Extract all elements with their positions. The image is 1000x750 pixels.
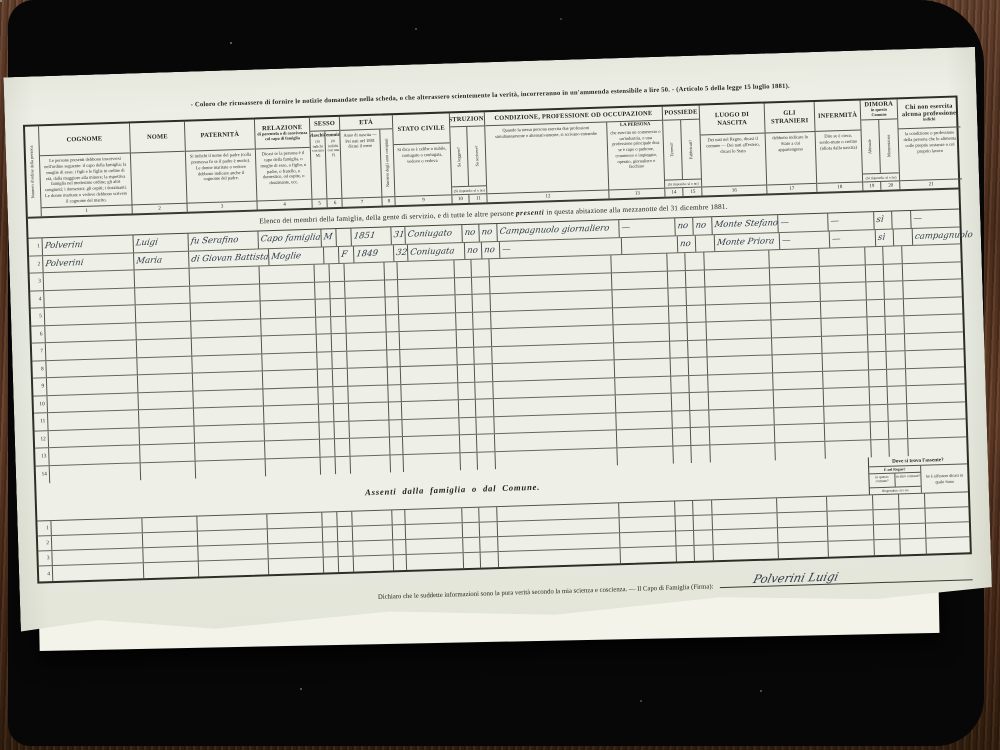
column-title-text: ISTRUZIONE — [450, 115, 488, 123]
grid-cell — [331, 316, 347, 333]
grid-cell — [474, 347, 493, 364]
grid-cell — [704, 250, 769, 269]
column-number: 19 — [863, 182, 881, 191]
grid-cell — [480, 522, 498, 537]
grid-cell — [456, 312, 474, 329]
header-col-stato-civile: STATO CIVILESi dica se è celibe o nubile… — [393, 113, 453, 205]
grid-cell — [318, 387, 334, 404]
subcolumn: LA PERSONAche esercita un commercio o un… — [607, 121, 665, 190]
grid-cell — [689, 357, 709, 374]
grid-cell — [136, 304, 191, 322]
grid-cell — [332, 351, 348, 368]
grid-cell — [386, 297, 400, 314]
grid-cell — [713, 543, 778, 560]
handwritten-entry: — — [913, 215, 923, 224]
grid-cell — [268, 528, 323, 544]
column-title-text: CONDIZIONE, PROFESSIONE OD OCCUPAZIONE — [494, 110, 652, 122]
grid-cell — [828, 540, 874, 556]
grid-cell — [778, 542, 828, 559]
subcolumn-vertical-label: Abituale — [868, 139, 873, 154]
census-sheet-1881: - Coloro che ricusassero di fornire le n… — [3, 47, 992, 637]
handwritten-entry: F — [341, 250, 348, 259]
grid-cell — [263, 387, 318, 405]
grid-cell — [907, 384, 969, 402]
grid-cell: sì — [876, 229, 895, 246]
grid-cell — [387, 332, 401, 349]
grid-cell — [261, 317, 316, 335]
column-title-chi-non-esercita: Chi non esercita alcuna professioneindic… — [898, 97, 961, 129]
grid-cell: no — [678, 235, 697, 252]
grid-cell — [407, 553, 464, 570]
handwritten-entry: 1851 — [353, 232, 376, 241]
handwritten-entry: Polverini — [44, 241, 83, 251]
grid-cell: no — [693, 217, 713, 234]
handwritten-entry: no — [464, 229, 476, 238]
grid-cell — [191, 319, 261, 338]
grid-cell — [261, 300, 316, 318]
subcolumn-desc: Anno di nascita — Pei nati nel 1881 dica… — [340, 130, 380, 152]
grid-cell — [670, 341, 689, 358]
grid-cell — [389, 420, 403, 437]
grid-cell — [707, 338, 772, 357]
column-desc: la condizione o professione della person… — [899, 127, 963, 180]
subcolumn-vertical-label: Numero degli anni compiuti — [385, 139, 391, 188]
grid-cell — [888, 404, 908, 421]
grid-cell — [317, 352, 333, 369]
grid-cell — [671, 376, 690, 393]
header-col-possiede: POSSIEDETerreni?Fabbricati?(Si risponda:… — [663, 106, 703, 197]
grid-cell — [400, 330, 457, 348]
subcolumn-numbers: 1920 — [863, 180, 899, 190]
handwritten-entry: Monte Priora — [716, 237, 774, 247]
subcolumn-vertical-label: Momentanea — [887, 135, 892, 158]
grid-cell: — — [619, 218, 675, 236]
grid-cell: — — [780, 231, 830, 249]
grid-cell — [473, 294, 492, 311]
column-number: 8 — [382, 197, 395, 205]
grid-cell — [689, 375, 709, 392]
grid-cell — [775, 424, 825, 442]
grid-cell — [390, 437, 404, 454]
subcolumn-numbers: 78 — [342, 196, 394, 207]
grid-cell — [348, 385, 388, 403]
grid-cell — [330, 281, 346, 298]
grid-cell — [52, 548, 143, 565]
column-title-text: PATERNITÀ — [201, 131, 240, 139]
subcolumn-numbers: 1011 — [452, 193, 486, 203]
header-col-luogo-nascita: LUOGO DI NASCITADei nati nel Regno, dica… — [700, 104, 768, 196]
grid-cell — [44, 270, 135, 289]
subcolumn-desc: Quando la stessa persona esercita due pr… — [485, 122, 606, 141]
column-number: 15 — [683, 188, 702, 197]
grid-cell — [672, 410, 691, 427]
grid-cell — [667, 253, 686, 270]
grid-cell — [267, 513, 322, 529]
grid-cell: no — [675, 218, 694, 235]
grid-cell — [778, 512, 828, 528]
handwritten-entry: — — [781, 236, 791, 245]
grid-cell — [823, 370, 869, 388]
grid-cell — [334, 421, 350, 438]
grid-cell: Monte Stefano — [712, 215, 779, 234]
grid-cell — [46, 358, 137, 377]
handwritten-entry: fu Serafino — [190, 236, 239, 246]
row-number: 13 — [35, 448, 50, 465]
absent-location-box: Dove si trova l'assente? È nel Regno? in… — [868, 454, 968, 494]
absent-box-col2: in altro comune? — [895, 473, 920, 487]
grid-cell — [347, 350, 387, 368]
header-col-paternita: PATERNITÀSi indichi il nome del padre (c… — [185, 120, 258, 212]
grid-cell — [137, 356, 192, 374]
grid-cell — [352, 510, 392, 525]
column-title-sesso: SESSO — [310, 117, 339, 132]
grid-cell — [476, 417, 495, 434]
grid-cell — [52, 533, 143, 550]
dust-specks — [0, 0, 2, 2]
column-title-text: LUOGO DI NASCITA — [702, 111, 762, 127]
grid-cell — [705, 285, 770, 304]
column-title-istruzione: ISTRUZIONE — [450, 112, 484, 127]
subcolumns: Sa leggere?Sa scrivere? — [450, 126, 486, 186]
grid-cell — [392, 510, 405, 524]
grid-cell — [886, 334, 906, 351]
column-title-infermita: INFERMITÀ — [815, 101, 861, 132]
grid-cell — [668, 271, 687, 288]
grid-cell — [400, 348, 457, 366]
grid-cell — [190, 284, 260, 303]
grid-cell — [194, 406, 264, 425]
grid-cell: Moglie — [269, 247, 324, 265]
column-title-text: NOME — [147, 133, 168, 141]
grid-cell — [614, 341, 670, 359]
grid-cell — [615, 359, 671, 377]
grid-cell — [322, 512, 337, 526]
grid-cell — [694, 530, 713, 545]
grid-cell — [611, 254, 667, 272]
grid-cell — [335, 439, 351, 456]
grid-cell — [824, 387, 870, 405]
header-col-istruzione: ISTRUZIONESa leggere?Sa scrivere?(Si ris… — [450, 112, 488, 203]
column-number: 7 — [342, 198, 382, 207]
grid-cell — [865, 247, 884, 264]
grid-cell — [320, 439, 336, 456]
grid-cell — [475, 382, 494, 399]
row-number: 9 — [33, 378, 48, 395]
grid-cell — [265, 440, 320, 458]
header-col-nome: NOME2 — [130, 122, 188, 214]
grid-cell — [329, 264, 345, 281]
grid-cell — [47, 375, 138, 394]
grid-cell — [694, 515, 713, 530]
grid-cell — [474, 329, 493, 346]
subcolumn-desc: che esercita un commercio o un'industria… — [607, 127, 664, 173]
handwritten-entry: — — [780, 219, 790, 228]
handwritten-entry: — — [830, 217, 840, 226]
grid-cell — [892, 211, 912, 228]
grid-cell — [318, 369, 334, 386]
header-col-relazione: RELAZIONEdi parentela o di convivenza co… — [255, 118, 313, 210]
grid-cell — [456, 295, 474, 312]
column-title-stranieri: GLI STRANIERI — [765, 102, 815, 134]
grid-cell — [874, 539, 900, 555]
column-subtitle: indichi — [923, 117, 935, 122]
grid-cell — [457, 330, 475, 347]
grid-cell — [671, 358, 690, 375]
grid-cell — [885, 299, 905, 316]
grid-cell — [460, 435, 478, 452]
column-title-text: SESSO — [314, 120, 335, 128]
column-title-text: ETÀ — [359, 119, 373, 127]
grid-cell — [354, 555, 394, 571]
grid-cell — [399, 295, 456, 313]
handwritten-entry: no — [484, 246, 496, 255]
grid-cell — [772, 336, 822, 354]
grid-cell — [353, 525, 393, 540]
grid-cell — [316, 299, 332, 316]
column-title-text: COGNOME — [66, 135, 102, 143]
handwritten-entry: 1849 — [356, 249, 379, 258]
grid-cell — [316, 317, 332, 334]
row-number: 4 — [39, 566, 53, 581]
grid-cell — [769, 249, 819, 267]
grid-cell: Luigi — [133, 234, 188, 252]
grid-cell: 31 — [391, 227, 405, 244]
grid-cell — [333, 386, 349, 403]
grid-cell — [669, 306, 688, 323]
grid-cell — [346, 298, 386, 316]
column-desc: Dicasi se la persona è il capo della fam… — [256, 148, 312, 201]
grid-cell — [869, 369, 888, 386]
absent-box-regno-group: È nel Regno? in questo comune? in altro … — [869, 466, 922, 495]
column-number: 17 — [767, 183, 816, 194]
grid-cell — [53, 563, 144, 581]
subcolumn-note: (Si indichi con una F) — [326, 138, 342, 159]
column-desc: Le persone presenti debbono inscriversi … — [40, 153, 132, 207]
grid-cell — [338, 527, 353, 541]
subcolumns: Maschio(Si indichi con una M)Femmina(Si … — [310, 131, 341, 199]
grid-cell — [622, 236, 678, 254]
elenco-text-pre: Elenco dei membri della famiglia, della … — [259, 209, 514, 225]
grid-cell — [260, 265, 315, 283]
grid-cell — [777, 497, 827, 513]
row-number: 3 — [30, 273, 45, 290]
grid-cell — [620, 532, 676, 548]
grid-cell — [686, 287, 706, 304]
grid-cell — [774, 389, 824, 407]
grid-cell — [48, 410, 139, 429]
subcolumn: Anno di nascita — Pei nati nel 1881 dica… — [340, 130, 382, 198]
grid-cell — [824, 405, 870, 423]
grid-cell: 32 — [394, 244, 408, 261]
grid-cell — [821, 300, 867, 318]
grid-cell — [925, 492, 972, 507]
grid-cell — [713, 513, 778, 529]
grid-cell — [458, 382, 476, 399]
grid-cell — [398, 278, 455, 296]
grid-cell — [673, 445, 692, 463]
grid-cell — [687, 305, 707, 322]
grid-cell — [266, 457, 322, 476]
row-number: 14 — [36, 466, 51, 484]
grid-cell — [264, 405, 319, 423]
grid-cell — [688, 340, 708, 357]
column-title-paternita: PATERNITÀ — [185, 120, 255, 152]
declaration-text: Dichiaro che le suddette informazioni so… — [378, 583, 714, 601]
grid-cell — [333, 369, 349, 386]
subcolumn: Sa scrivere? — [467, 126, 487, 186]
grid-cell — [406, 538, 463, 554]
column-number: 9 — [395, 194, 451, 205]
grid-cell — [709, 390, 774, 409]
grid-cell — [140, 444, 195, 462]
row-number: 7 — [32, 343, 47, 360]
grid-cell — [612, 289, 668, 307]
grid-cell — [899, 494, 925, 509]
row-number-column-label: Numero d'ordine della persona — [30, 145, 36, 198]
grid-cell — [345, 280, 385, 298]
grid-cell: — — [830, 230, 876, 248]
grid-cell — [475, 364, 494, 381]
row-number: 8 — [32, 361, 47, 378]
grid-cell — [770, 266, 820, 284]
grid-cell — [324, 557, 339, 572]
column-number: 11 — [469, 194, 487, 203]
handwritten-entry: — — [831, 235, 841, 244]
grid-cell: no — [482, 241, 501, 258]
handwritten-entry: no — [679, 239, 691, 248]
grid-cell — [900, 539, 926, 555]
column-number: 10 — [452, 195, 469, 204]
grid-cell — [874, 524, 900, 539]
column-desc: Dei nati nel Regno, dicasi il comune — D… — [701, 134, 767, 187]
grid-cell — [319, 422, 335, 439]
grid-cell — [687, 322, 707, 339]
grid-cell — [706, 320, 771, 339]
grid-cell — [884, 281, 904, 298]
row-number: 4 — [30, 291, 45, 308]
grid-cell — [908, 419, 970, 437]
handwritten-entry: Luigi — [135, 239, 158, 248]
grid-cell: — — [778, 214, 828, 232]
grid-cell — [712, 498, 777, 514]
grid-cell — [350, 437, 390, 455]
handwritten-entry: no — [481, 228, 493, 237]
column-title-stato-civile: STATO CIVILE — [393, 113, 450, 145]
handwritten-entry: 31 — [393, 231, 405, 240]
column-title-text: GLI STRANIERI — [767, 109, 812, 125]
subcolumn-note: (Si indichi con una M) — [311, 138, 326, 159]
grid-cell — [136, 321, 191, 339]
grid-cell — [349, 420, 389, 438]
handwritten-entry: 32 — [396, 248, 408, 257]
column-title-luogo-nascita: LUOGO DI NASCITA — [700, 104, 765, 136]
grid-cell — [477, 452, 496, 470]
grid-cell — [869, 352, 888, 369]
elenco-text-presenti: presenti — [514, 208, 547, 217]
grid-cell — [192, 336, 262, 355]
column-number: 18 — [817, 181, 862, 191]
header-col-stranieri: GLI STRANIERIdebbono indicare lo Stato a… — [765, 102, 818, 194]
handwritten-entry: Polverini — [45, 258, 84, 268]
handwritten-entry: Coniugato — [407, 229, 453, 239]
grid-cell — [925, 507, 972, 522]
grid-cell — [141, 461, 197, 480]
grid-cell — [825, 440, 872, 459]
grid-cell — [676, 531, 694, 546]
grid-cell — [615, 376, 671, 394]
subcolumns: Terreni?Fabbricati? — [663, 120, 701, 180]
grid-cell — [900, 524, 926, 539]
handwritten-entry: no — [694, 221, 706, 230]
grid-cell — [459, 417, 477, 434]
grid-cell — [773, 371, 823, 389]
column-title-text: POSSIEDE — [664, 109, 697, 117]
subcolumn: Sa leggere? — [450, 127, 469, 187]
present-persons-rows: 1PolveriniLuigifu SerafinoCapo famigliaM… — [29, 209, 967, 483]
grid-cell — [388, 367, 402, 384]
column-number: 21 — [900, 178, 962, 189]
grid-cell — [710, 443, 776, 463]
grid-cell — [612, 271, 668, 289]
grid-cell — [820, 265, 866, 283]
grid-cell — [899, 509, 925, 524]
grid-cell — [137, 339, 192, 357]
grid-cell — [775, 441, 826, 460]
grid-cell — [49, 428, 140, 447]
subcolumn-numbers: 56 — [312, 198, 341, 208]
handwritten-entry: Capo famiglia — [260, 234, 321, 244]
grid-cell — [695, 545, 714, 561]
handwritten-entry: Maria — [136, 256, 163, 265]
row-number: 1 — [29, 238, 44, 255]
grid-cell — [323, 527, 338, 541]
grid-cell — [463, 523, 480, 538]
grid-cell — [268, 543, 323, 559]
handwritten-entry: — — [620, 224, 630, 233]
column-title-nome: NOME — [130, 122, 185, 154]
grid-cell — [195, 441, 265, 460]
subcolumn-numbers: 1415 — [665, 187, 701, 197]
grid-cell — [344, 263, 384, 281]
grid-cell — [620, 517, 676, 533]
header-col-infermita: INFERMITÀDire se è cieco, sordo-muto o c… — [815, 100, 864, 191]
grid-cell — [691, 427, 711, 444]
grid-cell — [673, 428, 692, 445]
grid-cell: Polverini — [43, 253, 134, 272]
column-number: 14 — [665, 188, 683, 197]
column-subtitle: di parentela o di convivenza col capo di… — [257, 131, 307, 142]
grid-cell — [331, 299, 347, 316]
handwritten-entry: Monte Stefano — [713, 219, 778, 230]
row-number: 1 — [37, 521, 51, 535]
grid-cell — [709, 408, 774, 427]
grid-cell — [336, 229, 352, 246]
grid-cell — [47, 393, 138, 412]
grid-cell — [619, 502, 675, 518]
grid-cell — [397, 260, 454, 278]
column-number: 16 — [702, 184, 766, 195]
column-desc: Dire se è cieco, sordo-muto o cretino (i… — [816, 131, 863, 183]
grid-cell — [406, 523, 463, 539]
grid-cell — [454, 260, 472, 277]
grid-cell — [190, 266, 260, 285]
grid-cell — [49, 445, 140, 464]
grid-cell: Capo famiglia — [258, 229, 321, 247]
grid-cell — [142, 517, 197, 533]
grid-cell — [690, 410, 710, 427]
column-title-text: INFERMITÀ — [818, 112, 857, 120]
handwritten-entry: M — [323, 233, 333, 242]
